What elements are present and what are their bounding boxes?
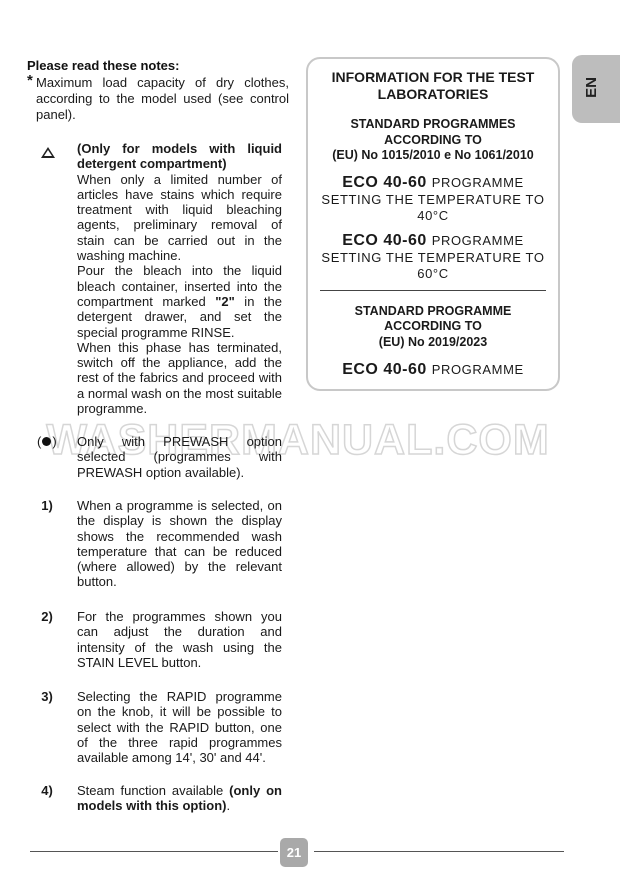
footer-rule-left (30, 851, 278, 852)
max-load-note: * Maximum load capacity of dry clothes, … (27, 75, 289, 123)
setting-temp-40: SETTING THE TEMPERATURE TO40°C (308, 192, 558, 224)
test-lab-info-box: INFORMATION FOR THE TEST LABORATORIES ST… (306, 57, 560, 391)
bleach-instructions: Pour the bleach into the liquid bleach c… (77, 263, 282, 339)
numbered-note: 1) When a programme is selected, on the … (27, 498, 282, 590)
note-text: For the programmes shown you can adjust … (77, 609, 282, 670)
eco-programme-40: ECO 40-60 PROGRAMME (308, 174, 558, 192)
info-box-title: INFORMATION FOR THE TEST LABORATORIES (308, 69, 558, 103)
note-number: 4) (27, 783, 67, 798)
note-number: 3) (27, 689, 67, 704)
notes-title: Please read these notes: (27, 58, 179, 73)
note-number: 2) (27, 609, 67, 624)
liquid-detergent-note: (Only for models with liquid detergent c… (27, 141, 282, 416)
prewash-note: () Only with PREWASH option selected (pr… (27, 434, 282, 480)
liquid-detergent-heading: (Only for models with liquid detergent c… (77, 141, 282, 172)
eco-programme-standard: ECO 40-60 PROGRAMME (308, 361, 558, 379)
divider (320, 290, 546, 291)
after-phase-text: When this phase has terminated, switch o… (77, 340, 282, 416)
filled-dot-icon (42, 437, 51, 446)
note-number: 1) (27, 498, 67, 513)
stain-treatment-text: When only a limited number of articles h… (77, 172, 282, 264)
note-text: When a programme is selected, on the dis… (77, 498, 282, 590)
numbered-note: 2) For the programmes shown you can adju… (27, 609, 282, 670)
note-text: Selecting the RAPID programme on the kno… (77, 689, 282, 765)
footer-rule-right (314, 851, 564, 852)
page-number: 21 (280, 838, 308, 867)
setting-temp-60: SETTING THE TEMPERATURE TO60°C (308, 250, 558, 282)
section1-heading: STANDARD PROGRAMMES ACCORDING TO (EU) No… (308, 117, 558, 164)
max-load-text: Maximum load capacity of dry clothes, ac… (27, 75, 289, 123)
language-tab: EN (572, 55, 620, 123)
asterisk-icon: * (27, 73, 33, 89)
numbered-note: 3) Selecting the RAPID programme on the … (27, 689, 282, 765)
eco-programme-60: ECO 40-60 PROGRAMME (308, 232, 558, 250)
note-text: Steam function available (only on models… (77, 783, 282, 814)
triangle-outline-icon (41, 147, 55, 158)
language-label: EN (583, 77, 600, 98)
prewash-text: Only with PREWASH option selected (progr… (77, 434, 282, 480)
section2-heading: STANDARD PROGRAMME ACCORDING TO (EU) No … (308, 304, 558, 351)
prewash-marker: () (37, 434, 57, 449)
numbered-note: 4) Steam function available (only on mod… (27, 783, 282, 814)
